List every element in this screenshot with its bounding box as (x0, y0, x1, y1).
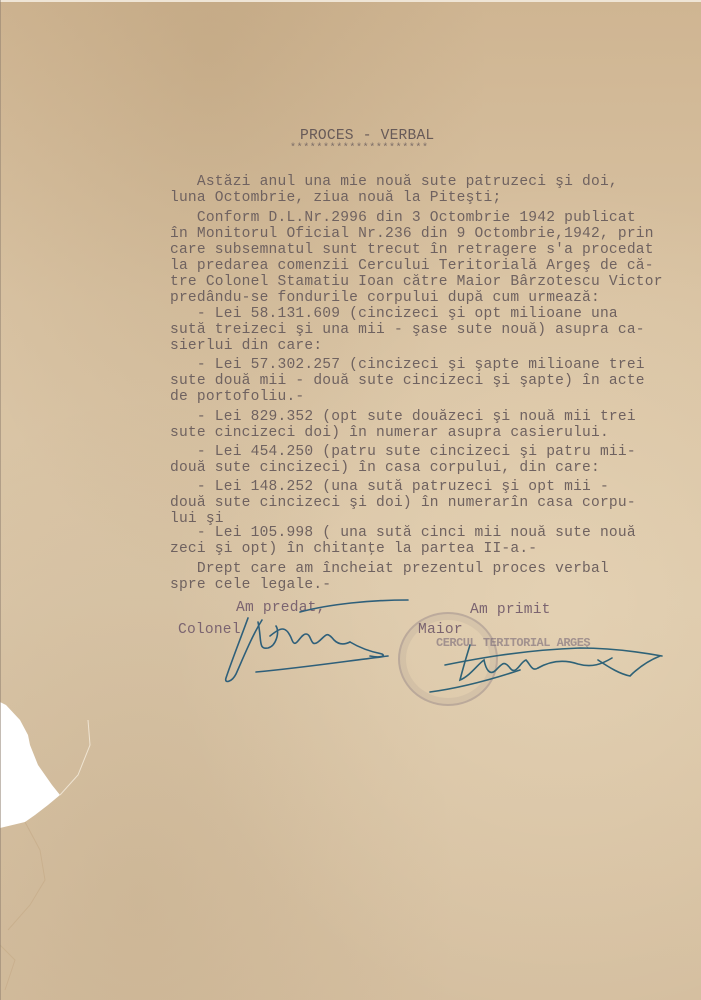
major-signature (0, 0, 701, 1000)
